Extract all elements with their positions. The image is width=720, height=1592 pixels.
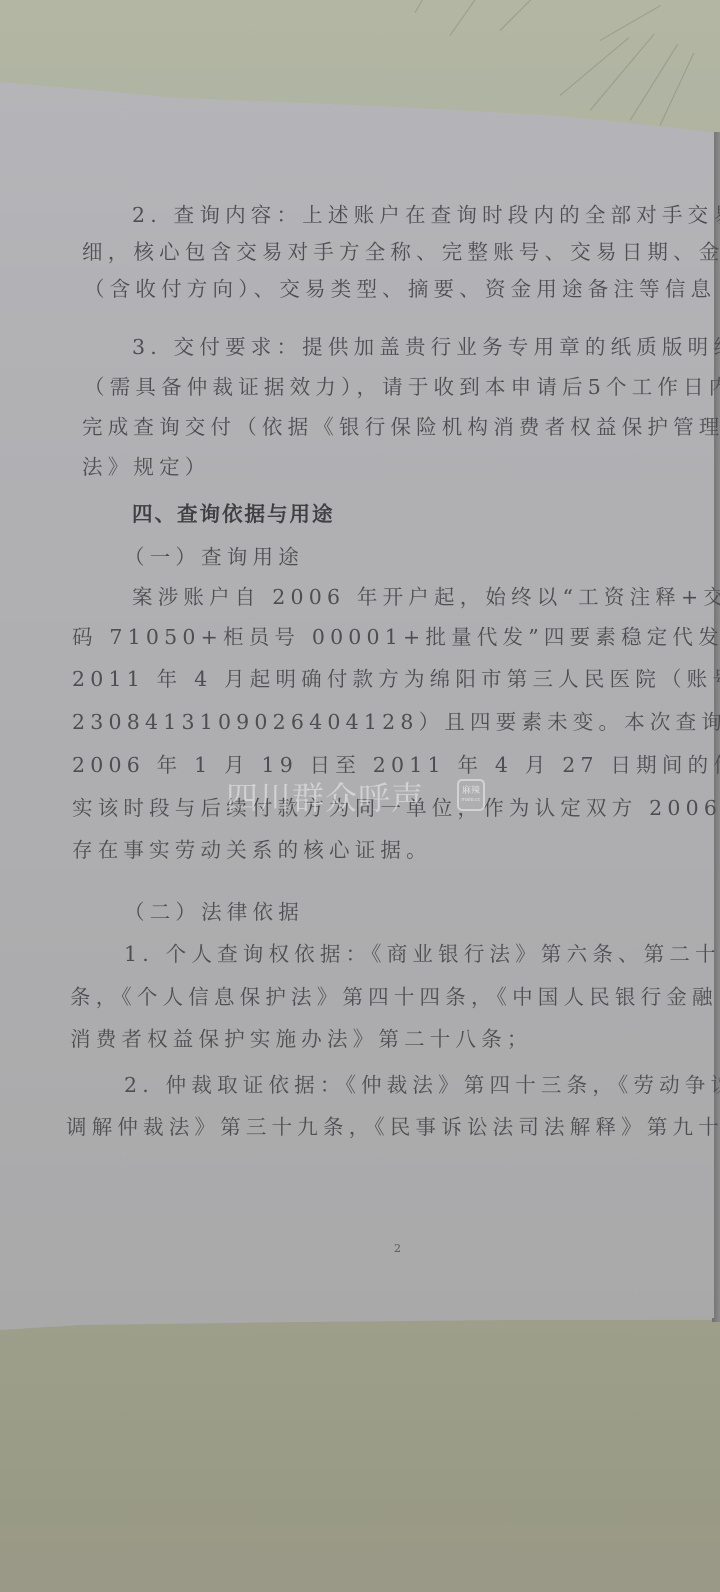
text-line: 案涉账户自 2006 年开户起，始终以“工资注释+交易代	[132, 580, 720, 610]
text-line: （含收付方向）、交易类型、摘要、资金用途备注等信息	[84, 272, 716, 302]
text-line: 2308413109026404128）且四要素未变。本次查询旨在核实	[72, 705, 720, 735]
watermark-logo-sub: malo.cc	[461, 797, 480, 804]
watermark-logo-main: 麻辣	[462, 786, 480, 797]
watermark-logo-icon: 麻辣 malo.cc	[457, 779, 485, 811]
text-line: （一）查询用途	[124, 540, 304, 570]
text-line: （需具备仲裁证据效力），请于收到本申请后5个工作日内	[84, 370, 720, 400]
text-line: 3. 交付要求：提供加盖贵行业务专用章的纸质版明细单	[132, 330, 720, 360]
text-line: 消费者权益保护实施办法》第二十八条；	[70, 1022, 533, 1052]
section-heading: 四、查询依据与用途	[132, 497, 335, 527]
text-line: （二）法律依据	[124, 895, 304, 925]
text-line: 完成查询交付（依据《银行保险机构消费者权益保护管理办	[82, 410, 720, 440]
text-line: 2. 仲裁取证依据：《仲裁法》第四十三条，《劳动争议	[124, 1068, 720, 1098]
background-table	[0, 1320, 720, 1592]
text-line: 细，核心包含交易对手方全称、完整账号、交易日期、金额	[82, 235, 720, 265]
text-line: 条，《个人信息保护法》第四十四条，《中国人民银行金融	[70, 980, 718, 1010]
text-line: 2. 查询内容：上述账户在查询时段内的全部对手交易明	[132, 198, 720, 228]
page-number: 2	[394, 1242, 401, 1255]
text-line: 2011 年 4 月起明确付款方为绵阳市第三人民医院（账号：	[72, 662, 720, 692]
text-line: 1. 个人查询权依据：《商业银行法》第六条、第二十九	[124, 937, 720, 967]
watermark-text: 四川群众呼声	[226, 773, 424, 819]
text-line: 法》规定）	[82, 450, 211, 480]
text-line: 存在事实劳动关系的核心证据。	[72, 833, 432, 863]
text-line: 调解仲裁法》第三十九条，《民事诉讼法司法解释》第九十	[66, 1110, 720, 1140]
text-line: 码 71050+柜员号 00001+批量代发”四要素稳定代发款项，	[72, 620, 720, 650]
document-body: 2. 查询内容：上述账户在查询时段内的全部对手交易明细，核心包含交易对手方全称、…	[0, 0, 720, 1334]
